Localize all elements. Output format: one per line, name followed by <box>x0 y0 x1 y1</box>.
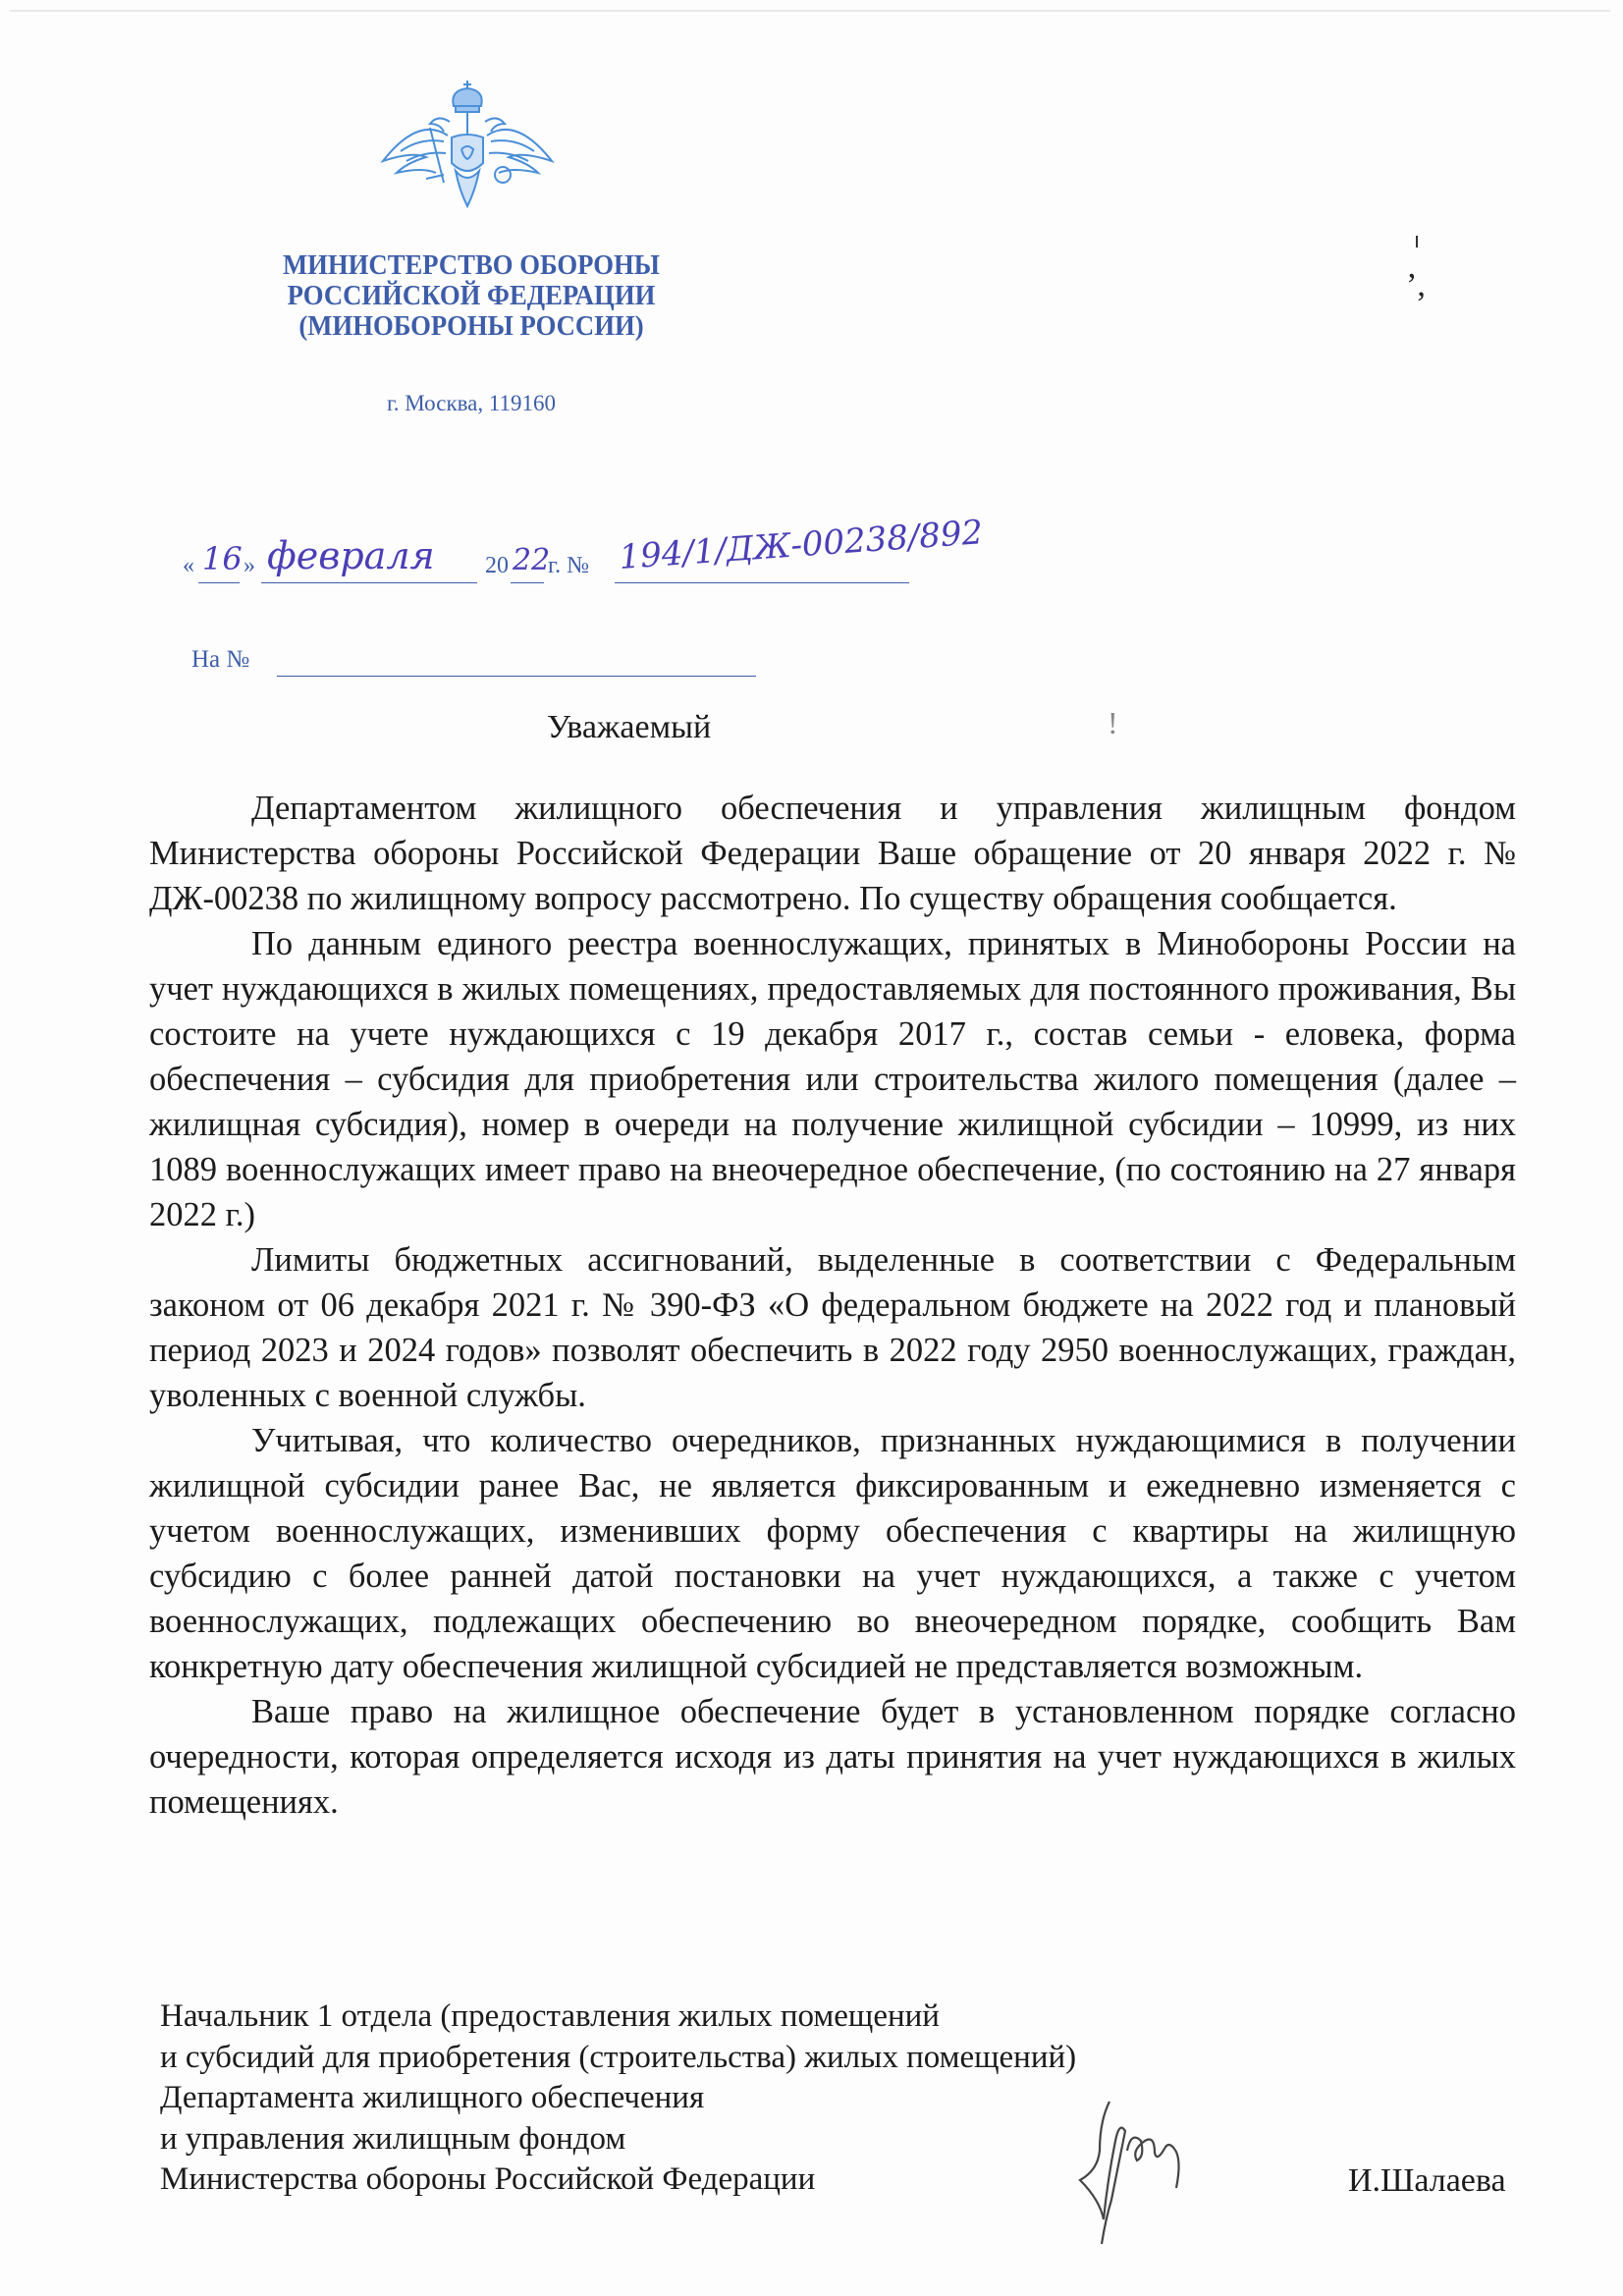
position-line-4: и управления жилищным фондом <box>160 2119 1076 2160</box>
letter-page: МИНИСТЕРСТВО ОБОРОНЫ РОССИЙСКОЙ ФЕДЕРАЦИ… <box>0 0 1623 2296</box>
registration-line: « 16 » февраля 20 22 г. № 194/1/ДЖ-00238… <box>183 538 1115 587</box>
signatory-name: И.Шалаева <box>1348 2162 1506 2200</box>
handwritten-day: 16 <box>202 540 243 577</box>
paragraph-registry: По данным единого реестра военнослужащих… <box>149 921 1516 1237</box>
position-line-5: Министерства обороны Российской Федераци… <box>160 2159 1076 2201</box>
reply-to-label: На № <box>191 646 249 674</box>
letter-body: Департаментом жилищного обеспечения и уп… <box>149 786 1516 1825</box>
year-prefix: 20 <box>485 553 509 579</box>
handwritten-signature-icon <box>1070 2092 1198 2259</box>
position-line-2: и субсидий для приобретения (строительст… <box>160 2038 1076 2079</box>
handwritten-year: 22 <box>513 543 550 577</box>
year-underline <box>511 582 544 583</box>
paragraph-budget: Лимиты бюджетных ассигнований, выделенны… <box>149 1237 1516 1418</box>
org-line-3: (МИНОБОРОНЫ РОССИИ) <box>218 311 724 342</box>
salutation: Уважаемый <box>547 709 711 746</box>
org-line-2: РОССИЙСКОЙ ФЕДЕРАЦИИ <box>218 281 724 311</box>
signatory-position: Начальник 1 отдела (предоставления жилых… <box>160 1996 1076 2201</box>
city-address: г. Москва, 119160 <box>196 391 746 416</box>
paragraph-right: Ваше право на жилищное обеспечение будет… <box>149 1689 1516 1825</box>
month-underline <box>261 582 477 583</box>
position-line-3: Департамента жилищного обеспечения <box>160 2078 1076 2119</box>
number-underline <box>615 582 909 583</box>
position-line-1: Начальник 1 отдела (предоставления жилых… <box>160 1996 1076 2038</box>
org-line-1: МИНИСТЕРСТВО ОБОРОНЫ <box>218 250 724 281</box>
day-underline <box>198 582 240 583</box>
organization-name: МИНИСТЕРСТВО ОБОРОНЫ РОССИЙСКОЙ ФЕДЕРАЦИ… <box>218 250 724 342</box>
number-label: г. № <box>548 553 589 579</box>
scan-edge <box>10 10 1610 12</box>
paragraph-review: Департаментом жилищного обеспечения и уп… <box>149 786 1516 921</box>
handwritten-number: 194/1/ДЖ-00238/892 <box>618 513 984 577</box>
double-headed-eagle-crest-icon <box>371 77 564 214</box>
paragraph-queue: Учитывая, что количество очередников, пр… <box>149 1418 1516 1689</box>
reply-to-underline <box>277 676 756 677</box>
open-quote: « <box>183 553 194 579</box>
addressee-mark <box>1416 236 1418 247</box>
salutation-exclamation: ! <box>1108 705 1118 741</box>
close-quote: » <box>243 553 255 579</box>
handwritten-month: февраля <box>267 534 435 577</box>
addressee-punctuation: ’, <box>1406 267 1426 304</box>
